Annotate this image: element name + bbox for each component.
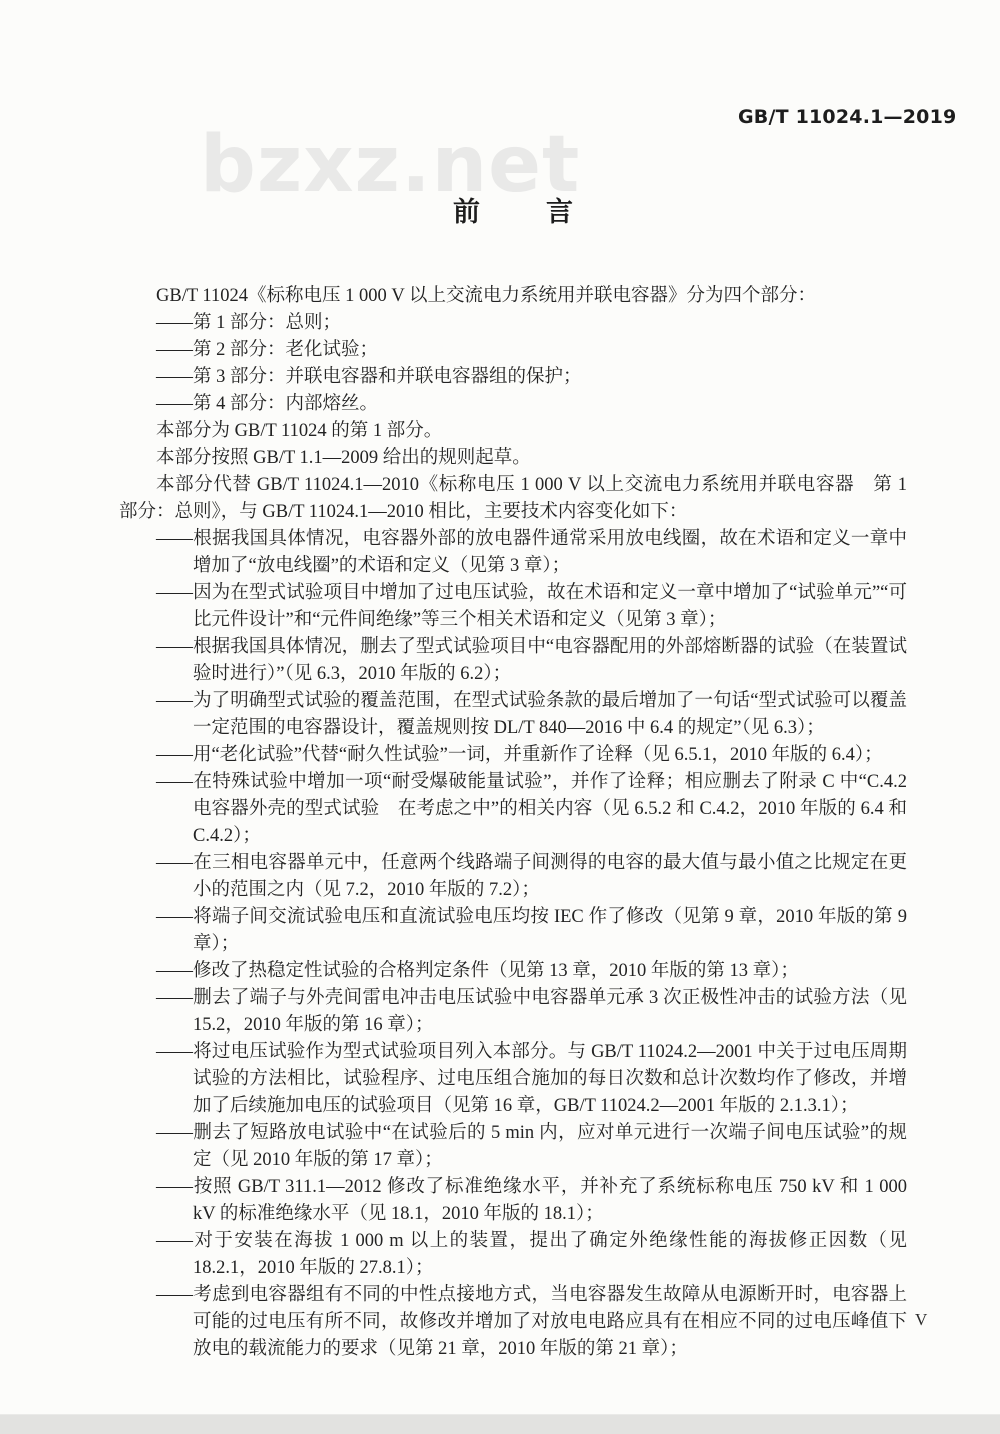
- change-item: ——对于安装在海拔 1 000 m 以上的装置，提出了确定外绝缘性能的海拔修正因…: [119, 1228, 907, 1282]
- page-title: 前言: [453, 198, 639, 228]
- watermark: bzxz.net: [200, 126, 580, 204]
- intro-paragraph: 本部分按照 GB/T 1.1—2009 给出的规则起草。: [119, 445, 907, 472]
- page-number: V: [915, 1310, 927, 1330]
- changes-list: ——根据我国具体情况，电容器外部的放电器件通常采用放电线圈，故在术语和定义一章中…: [119, 526, 907, 1363]
- part-item: ——第 2 部分：老化试验；: [119, 337, 907, 364]
- standard-number: GB/T 11024.1—2019: [738, 106, 956, 128]
- change-item: ——删去了短路放电试验中“在试验后的 5 min 内，应对单元进行一次端子间电压…: [119, 1120, 907, 1174]
- change-item: ——因为在型式试验项目中增加了过电压试验，故在术语和定义一章中增加了“试验单元”…: [119, 580, 907, 634]
- change-item: ——在特殊试验中增加一项“耐受爆破能量试验”，并作了诠释；相应删去了附录 C 中…: [119, 769, 907, 850]
- change-item: ——根据我国具体情况，电容器外部的放电器件通常采用放电线圈，故在术语和定义一章中…: [119, 526, 907, 580]
- change-item: ——根据我国具体情况，删去了型式试验项目中“电容器配用的外部熔断器的试验（在装置…: [119, 634, 907, 688]
- part-item: ——第 1 部分：总则；: [119, 310, 907, 337]
- change-item: ——按照 GB/T 311.1—2012 修改了标准绝缘水平，并补充了系统标称电…: [119, 1174, 907, 1228]
- intro-paragraph: 本部分为 GB/T 11024 的第 1 部分。: [119, 418, 907, 445]
- change-item: ——将端子间交流试验电压和直流试验电压均按 IEC 作了修改（见第 9 章，20…: [119, 904, 907, 958]
- intro-paragraph: 本部分代替 GB/T 11024.1—2010《标称电压 1 000 V 以上交…: [119, 472, 907, 526]
- change-item: ——用“老化试验”代替“耐久性试验”一词，并重新作了诠释（见 6.5.1，201…: [119, 742, 907, 769]
- foreword-body: GB/T 11024《标称电压 1 000 V 以上交流电力系统用并联电容器》分…: [119, 283, 907, 1363]
- change-item: ——考虑到电容器组有不同的中性点接地方式，当电容器发生故障从电源断开时，电容器上…: [119, 1282, 907, 1363]
- change-item: ——在三相电容器单元中，任意两个线路端子间测得的电容的最大值与最小值之比规定在更…: [119, 850, 907, 904]
- change-item: ——修改了热稳定性试验的合格判定条件（见第 13 章，2010 年版的第 13 …: [119, 958, 907, 985]
- lead-paragraph: GB/T 11024《标称电压 1 000 V 以上交流电力系统用并联电容器》分…: [119, 283, 907, 310]
- change-item: ——为了明确型式试验的覆盖范围，在型式试验条款的最后增加了一句话“型式试验可以覆…: [119, 688, 907, 742]
- intro-paragraphs: 本部分为 GB/T 11024 的第 1 部分。 本部分按照 GB/T 1.1—…: [119, 418, 907, 526]
- change-item: ——删去了端子与外壳间雷电冲击电压试验中电容器单元承 3 次正极性冲击的试验方法…: [119, 985, 907, 1039]
- part-item: ——第 3 部分：并联电容器和并联电容器组的保护；: [119, 364, 907, 391]
- document-page: GB/T 11024.1—2019 bzxz.net 前言 GB/T 11024…: [0, 0, 1000, 1434]
- part-item: ——第 4 部分：内部熔丝。: [119, 391, 907, 418]
- change-item: ——将过电压试验作为型式试验项目列入本部分。与 GB/T 11024.2—200…: [119, 1039, 907, 1120]
- parts-list: ——第 1 部分：总则； ——第 2 部分：老化试验； ——第 3 部分：并联电…: [119, 310, 907, 418]
- scanner-edge: [0, 1414, 1000, 1434]
